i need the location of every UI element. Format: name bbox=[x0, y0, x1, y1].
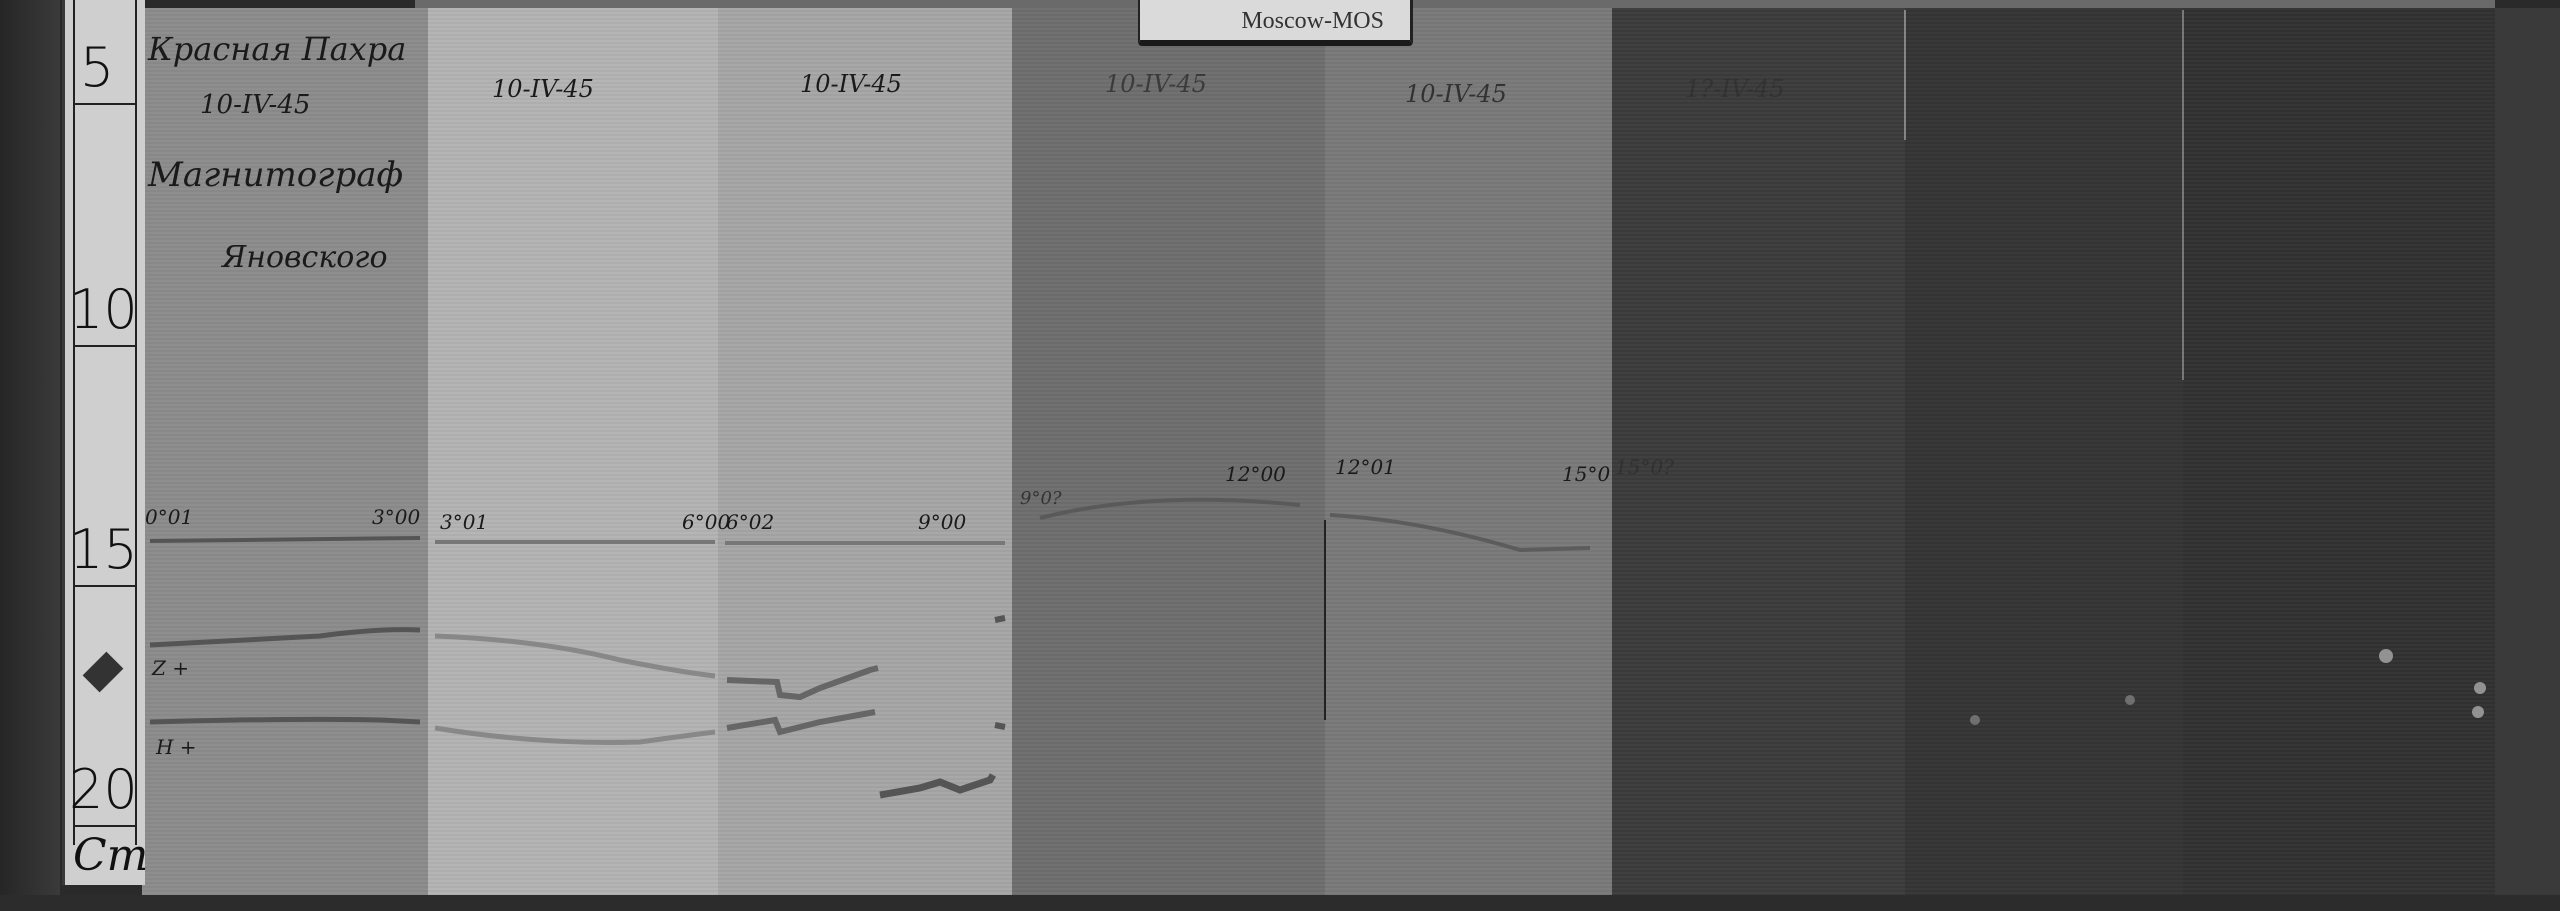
time-label: 3°00 bbox=[372, 505, 420, 529]
station-tag: Moscow-MOS bbox=[1138, 0, 1413, 46]
time-label: 15°0? bbox=[1615, 455, 1674, 479]
time-label: 12°00 bbox=[1225, 462, 1286, 486]
time-label: 3°01 bbox=[440, 510, 488, 534]
instrument-line-2: Яновского bbox=[222, 240, 388, 275]
instrument-line-1: Магнитограф bbox=[148, 155, 403, 195]
ruler-tick bbox=[75, 103, 135, 105]
z-trace bbox=[150, 630, 420, 645]
h-trace bbox=[150, 719, 420, 722]
ruler-mark-10: 10 bbox=[69, 278, 125, 341]
board-bottom-edge bbox=[0, 895, 2560, 911]
trace-label-z: Z + bbox=[152, 656, 189, 680]
baseline-trace bbox=[150, 538, 420, 541]
h-trace bbox=[727, 712, 875, 732]
time-label: 0°01 bbox=[145, 505, 193, 529]
h-trace-offset bbox=[880, 775, 993, 795]
header-date: 10-IV-45 bbox=[200, 90, 310, 120]
h-trace-offset bbox=[995, 725, 1005, 727]
z-trace bbox=[435, 636, 715, 676]
centimetre-ruler: 5 10 15 20 Cm bbox=[62, 0, 145, 885]
strip-date: 10-IV-45 bbox=[492, 75, 594, 103]
ruler-tick bbox=[75, 825, 135, 827]
station-name: Красная Пахра bbox=[148, 30, 406, 68]
baseline-trace bbox=[1040, 500, 1300, 518]
strip-date: 10-IV-45 bbox=[800, 70, 902, 98]
strip-date: 10-IV-45 bbox=[1105, 70, 1207, 98]
time-label: 9°0? bbox=[1020, 488, 1062, 509]
h-trace bbox=[435, 728, 715, 742]
strip-date: 1?-IV-45 bbox=[1685, 75, 1785, 103]
ruler-mark-15: 15 bbox=[69, 518, 125, 581]
magnetogram-traces bbox=[0, 0, 2560, 911]
ruler-unit: Cm bbox=[73, 830, 137, 881]
ruler-tick bbox=[75, 345, 135, 347]
z-trace bbox=[727, 668, 878, 697]
trace-label-h: H + bbox=[156, 735, 197, 759]
baseline-trace bbox=[1330, 515, 1590, 550]
strip-date: 10-IV-45 bbox=[1405, 80, 1507, 108]
ruler-tick bbox=[75, 585, 135, 587]
z-trace-offset bbox=[995, 618, 1005, 620]
time-label: 12°01 bbox=[1335, 455, 1396, 479]
time-label: 6°00 bbox=[682, 510, 730, 534]
ruler-mark-5: 5 bbox=[69, 36, 125, 99]
time-label: 15°0 bbox=[1562, 462, 1610, 486]
time-label: 6°02 bbox=[726, 510, 774, 534]
time-label: 9°00 bbox=[918, 510, 966, 534]
ruler-mark-20: 20 bbox=[69, 758, 125, 821]
station-tag-label: Moscow-MOS bbox=[1241, 8, 1384, 35]
